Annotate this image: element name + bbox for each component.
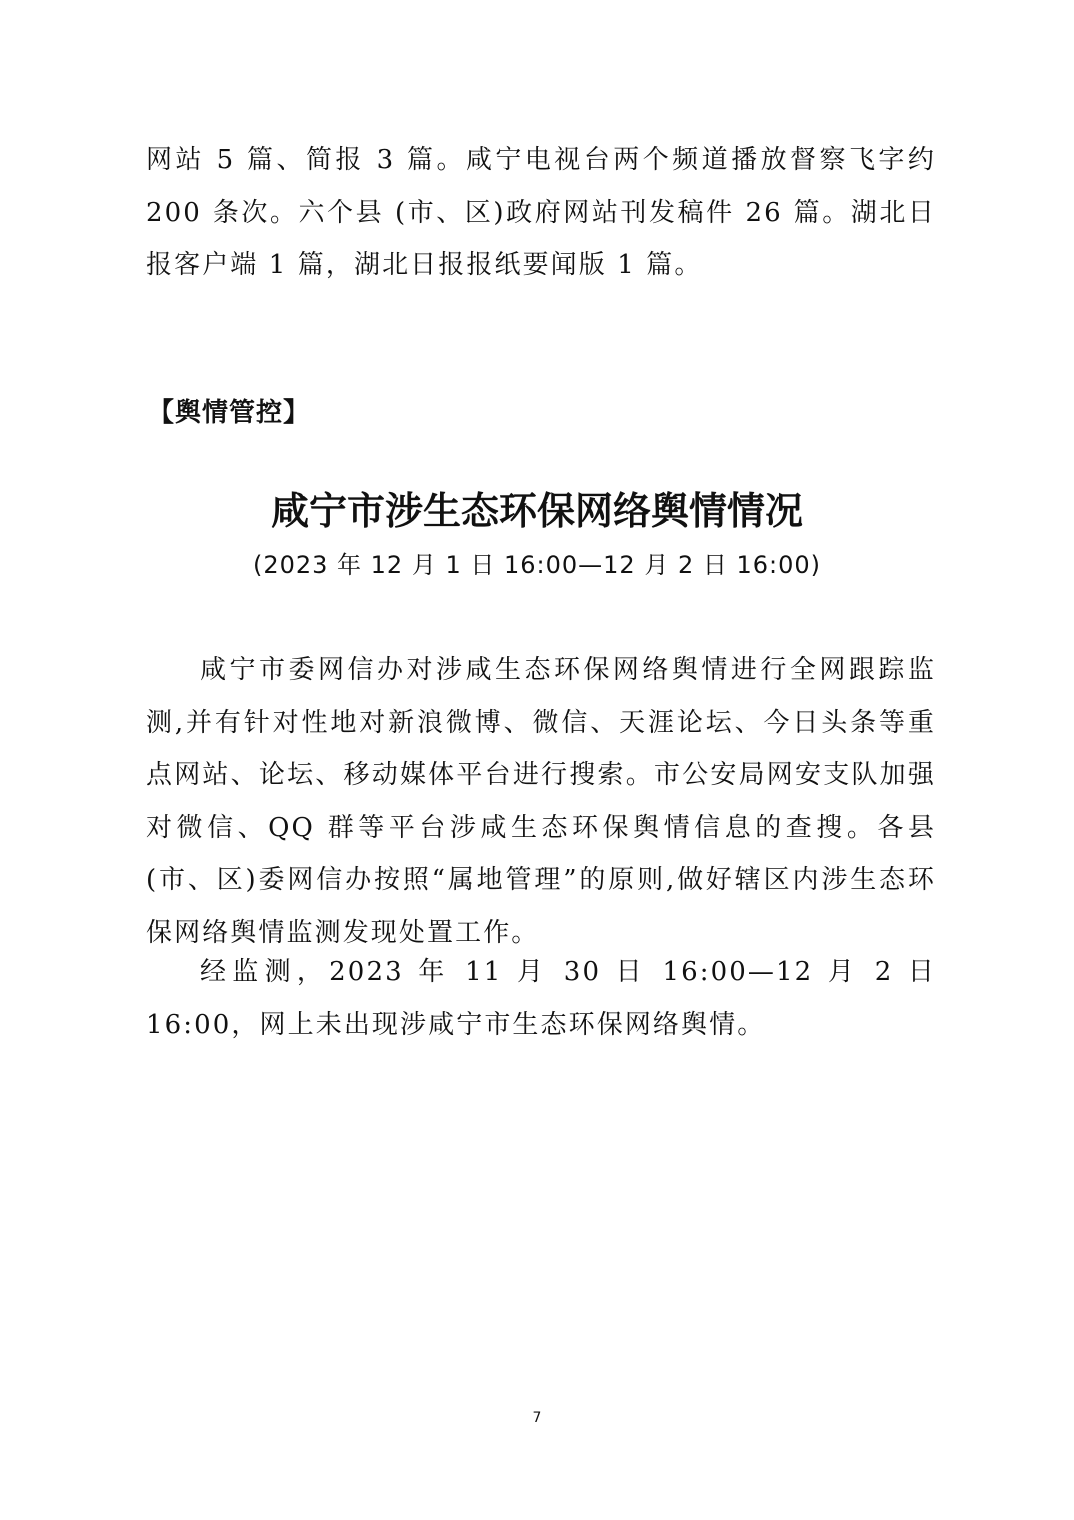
document-page: 网站 5 篇、简报 3 篇。咸宁电视台两个频道播放督察飞字约 200 条次。六个… (0, 0, 1074, 1520)
section-label: 【舆情管控】 (148, 392, 310, 429)
body-paragraph: 经监测，2023 年 11 月 30 日 16:00—12 月 2 日 16:0… (146, 946, 936, 1051)
document-subtitle: (2023 年 12 月 1 日 16:00—12 月 2 日 16:00) (0, 545, 1074, 580)
document-title: 咸宁市涉生态环保网络舆情情况 (0, 480, 1074, 535)
body-paragraph: 咸宁市委网信办对涉咸生态环保网络舆情进行全网跟踪监测,并有针对性地对新浪微博、微… (146, 644, 936, 959)
intro-paragraph: 网站 5 篇、简报 3 篇。咸宁电视台两个频道播放督察飞字约 200 条次。六个… (146, 134, 936, 292)
page-number: 7 (0, 1410, 1074, 1426)
